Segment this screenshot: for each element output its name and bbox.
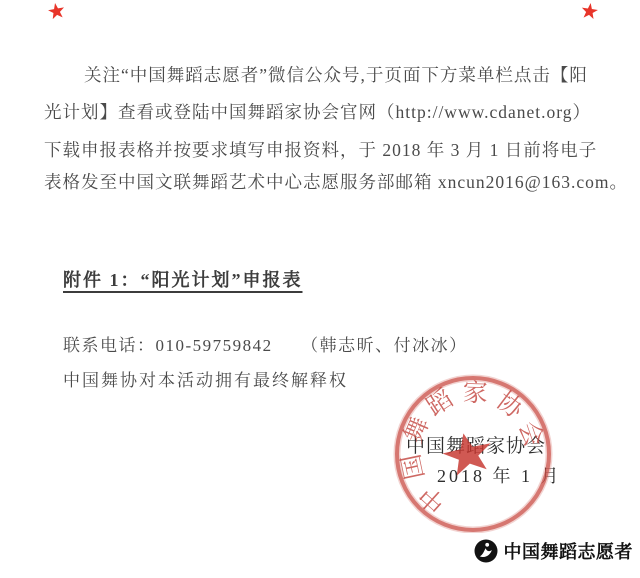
svg-text:中: 中 — [414, 481, 451, 519]
official-seal-stamp: 中 国 舞 蹈 家 协 会 — [388, 363, 558, 533]
footer-brand-bar: 中国舞蹈志愿者 — [474, 538, 634, 564]
footer-brand-label: 中国舞蹈志愿者 — [504, 538, 634, 564]
rights-statement: 中国舞协对本活动拥有最终解释权 — [63, 366, 348, 391]
paragraph-line-3: 下载申报表格并按要求填写申报资料，于 2018 年 3 月 1 日前将电子 — [44, 137, 614, 162]
red-star-icon — [47, 1, 66, 20]
svg-text:家: 家 — [462, 379, 488, 408]
scanned-notice-page: 关注“中国舞蹈志愿者”微信公众号,于页面下方菜单栏点击【阳 光计划】查看或登陆中… — [0, 0, 640, 578]
red-star-icon — [580, 1, 599, 20]
paragraph-line-1: 关注“中国舞蹈志愿者”微信公众号,于页面下方菜单栏点击【阳 — [44, 62, 640, 87]
seal-star-icon — [439, 428, 496, 477]
contact-phone-line: 联系电话：010-59759842 （韩志昕、付冰冰） — [63, 331, 468, 356]
attachment-reference: 附件 1：“阳光计划”申报表 — [63, 266, 303, 292]
paragraph-line-4: 表格发至中国文联舞蹈艺术中心志愿服务部邮箱 xncun2016@163.com。 — [44, 169, 614, 194]
paragraph-line-2: 光计划】查看或登陆中国舞蹈家协会官网（http://www.cdanet.org… — [44, 99, 614, 124]
svg-text:协: 协 — [491, 387, 529, 425]
svg-text:国: 国 — [398, 452, 430, 482]
dancer-logo-icon — [474, 539, 498, 563]
